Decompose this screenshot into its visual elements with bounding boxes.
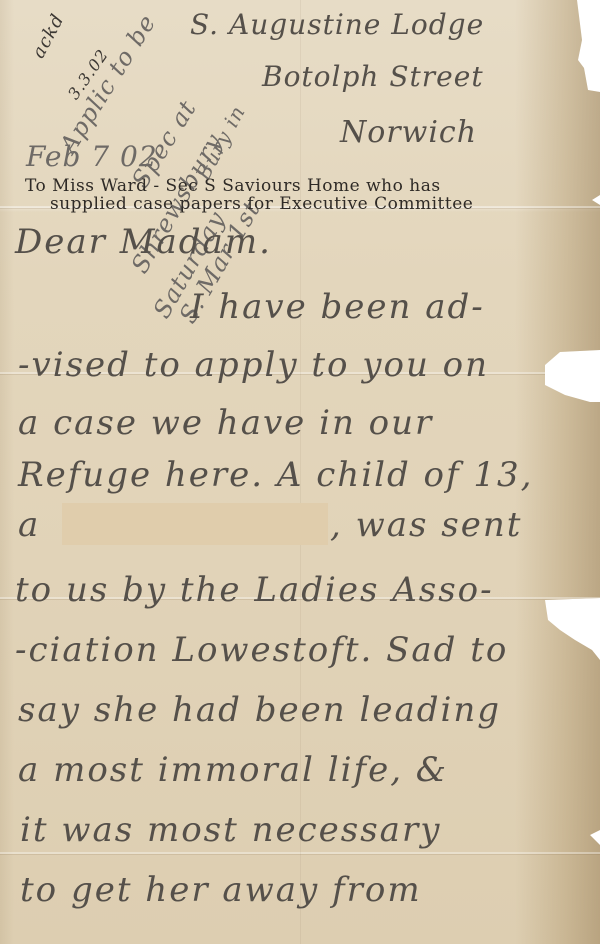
- letter-line: a case we have in our: [18, 403, 433, 443]
- letterhead-line2: Botolph Street: [262, 60, 484, 93]
- note-line2: supplied case papers for Executive Commi…: [50, 194, 473, 214]
- letter-line: a most immoral life, &: [18, 750, 448, 790]
- letter-line: -vised to apply to you on: [18, 345, 489, 385]
- letter-line: I have been ad-: [190, 287, 485, 327]
- letter-page: ackd 3.3.02 S. Augustine Lodge Botolph S…: [0, 0, 600, 944]
- letter-line: to us by the Ladies Asso-: [15, 570, 494, 610]
- ack-annotation: ackd: [28, 10, 69, 62]
- letterhead-line3: Norwich: [340, 115, 477, 150]
- redacted-name: [62, 503, 328, 545]
- letter-line: , was sent: [330, 505, 522, 545]
- letter-line: a: [18, 505, 40, 545]
- letterhead-line1: S. Augustine Lodge: [190, 8, 484, 41]
- letter-line: say she had been leading: [18, 690, 501, 730]
- letter-line: -ciation Lowestoft. Sad to: [15, 630, 508, 670]
- letter-line: it was most necessary: [20, 810, 441, 850]
- salutation: Dear Madam.: [15, 222, 272, 262]
- letter-line: Refuge here. A child of 13,: [18, 455, 533, 495]
- letter-line: to get her away from: [20, 870, 422, 910]
- note-line1: To Miss Ward - Sec S Saviours Home who h…: [25, 176, 441, 196]
